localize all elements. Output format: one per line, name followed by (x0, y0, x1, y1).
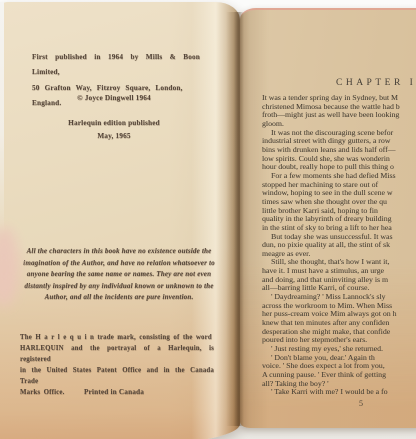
text-line: window, hoping to see in the dull scene … (262, 189, 416, 198)
text-line: stopped her machining to stare out of (262, 181, 416, 190)
edition-block: Harlequin edition publishedMay, 1965 (36, 117, 192, 143)
text-line: A cunning pause. ' Ever think of getting (262, 371, 416, 380)
text-line: and doing, and that uninviting alley is … (262, 276, 416, 285)
text-line: Harlequin edition published (36, 117, 192, 130)
text-line: It was a tender spring day in Sydney, bu… (262, 94, 416, 103)
left-page: First published in 1964 by Mills & Boon … (0, 2, 240, 439)
text-line: hour doubt, really hope to pull this thi… (262, 163, 416, 172)
text-line: But today she was unsuccessful. It was (262, 233, 416, 242)
text-line: in the stint of sky to bring a lift to h… (262, 224, 416, 233)
copyright-line: © Joyce Dingwell 1964 (36, 94, 192, 102)
text-line: her puss-cream voice Mim always got on h (262, 310, 416, 319)
text-line: little brother Karri said, hoping to fin (262, 207, 416, 216)
text-line: gloom. (262, 120, 416, 129)
text-line: knew that ten minutes after any confiden (262, 319, 416, 328)
text-line: May, 1965 (36, 130, 192, 143)
text-line: dun, no pixie quality at all, the stint … (262, 241, 416, 250)
text-line: The H a r l e q u i n trade mark, consis… (20, 332, 214, 343)
text-line: low spirits. Could she, she was wonderin (262, 155, 416, 164)
book-photo: First published in 1964 by Mills & Boon … (0, 0, 416, 439)
text-line: HARLEQUIN and the portrayal of a Harlequ… (20, 343, 214, 365)
text-line: ' Don't blame you, dear.' Again th (262, 354, 416, 363)
text-line: First published in 1964 by Mills & Boon … (32, 50, 200, 81)
text-line: It was not the discouraging scene befor (262, 129, 416, 138)
text-line: all—barring little Karri, of course. (262, 284, 416, 293)
publisher-imprint-block: First published in 1964 by Mills & Boon … (32, 50, 200, 112)
text-line: imagination of the Author, and have no r… (6, 258, 232, 270)
text-line: voice. ' She does expect a lot from you, (262, 362, 416, 371)
text-line: industrial street with dingy gutters, a … (262, 137, 416, 146)
page-edge-highlight (0, 2, 4, 237)
text-line: All the characters in this book have no … (6, 246, 232, 258)
text-line: bins with drunken leans and lids half of… (262, 146, 416, 155)
text-line: anyone bearing the same name or names. T… (6, 269, 232, 281)
text-line: ' Daydreaming? ' Miss Lannock's sly (262, 293, 416, 302)
page-number: 5 (359, 399, 363, 408)
text-line: desperation she might make, that confide (262, 328, 416, 337)
text-line: christened Mimosa because the wattle had… (262, 103, 416, 112)
text-line: meagre as ever. (262, 250, 416, 259)
text-line: Author, and all the incidents are pure i… (6, 292, 232, 304)
disclaimer-block: All the characters in this book have no … (6, 246, 232, 304)
text-line: For a few moments she had defied Miss (262, 172, 416, 181)
text-line: poured into her stepmother's ears. (262, 336, 416, 345)
chapter-body-text: It was a tender spring day in Sydney, bu… (262, 94, 416, 397)
text-line: all? Taking the boy? ' (262, 380, 416, 389)
chapter-heading: CHAPTER I (336, 78, 416, 88)
right-page: CHAPTER I It was a tender spring day in … (240, 8, 416, 428)
text-line: times saw when she thought over the qu (262, 198, 416, 207)
text-line: ' Take Karri with me? I would be a fo (262, 388, 416, 397)
printed-in-canada-line: Printed in Canada (36, 388, 192, 396)
text-line: ' Just resting my eyes,' she returned. (262, 345, 416, 354)
text-line: across the workroom to Mim. When Miss (262, 302, 416, 311)
text-line: froth—might just as well have been looki… (262, 111, 416, 120)
text-line: have it. I must have a stimulus, an urge (262, 267, 416, 276)
text-line: distantly inspired by any individual kno… (6, 281, 232, 293)
text-line: quality in the labyrinth of dreary build… (262, 215, 416, 224)
text-line: in the United States Patent Office and i… (20, 365, 214, 387)
text-line: Still, she thought, that's how I want it… (262, 258, 416, 267)
